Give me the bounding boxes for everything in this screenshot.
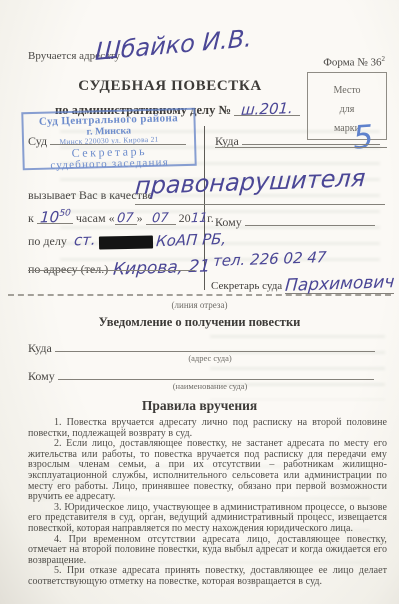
phone-handwritten: тел. 226 02 47	[213, 250, 327, 269]
cut-line-label: (линия отреза)	[0, 300, 399, 310]
time-minutes-sup: 50	[59, 208, 71, 218]
notice-kuda-line	[55, 338, 375, 352]
notice-kuda-label: Куда	[28, 341, 52, 355]
rules-title: Правила вручения	[0, 398, 399, 414]
court-value-line	[50, 131, 186, 145]
address-label: по адресу (тел.)	[28, 262, 108, 276]
role-value-line: правонарушителя	[135, 170, 385, 205]
delivered-to-handwritten-name: Шбайко И.В.	[95, 26, 253, 64]
notice-kuda-hint: (адрес суда)	[60, 353, 360, 363]
month-line: 07	[146, 211, 176, 225]
address-field: по адресу (тел.) Кирова, 21	[28, 260, 210, 277]
redaction-black-box	[99, 235, 153, 249]
komu-field: Кому	[215, 212, 375, 230]
form-number-sup: 2	[382, 55, 386, 63]
rule-paragraph: 4. При временном отсутствии адресата лиц…	[28, 535, 387, 567]
empty-line	[215, 147, 387, 148]
secretary-signature-handwritten: Пархимович	[284, 274, 395, 295]
kuda-value-line	[242, 131, 380, 145]
rule-paragraph: 5. При отказе адресата принять повестку,…	[28, 566, 387, 587]
form-number: Форма № 362	[323, 55, 385, 69]
stamp-place-line: для	[308, 100, 386, 119]
time-hours: 10	[39, 208, 59, 227]
time-prefix: к	[28, 211, 34, 225]
form-number-text: Форма № 36	[323, 57, 381, 69]
month-handwritten: 07	[152, 212, 169, 226]
rule-paragraph: 3. Юридическое лицо, участвующее в админ…	[28, 503, 387, 535]
day-line: 07	[115, 211, 137, 225]
notice-title: Уведомление о получении повестки	[0, 315, 399, 330]
time-handwritten: 1050	[39, 209, 71, 225]
case-code-handwritten: КоАП РБ,	[155, 232, 226, 249]
stamp-place-box: Место для марки	[307, 72, 387, 140]
komu-label: Кому	[215, 215, 242, 229]
empty-line	[28, 270, 195, 271]
cut-line	[8, 294, 391, 296]
notice-komu-line	[58, 366, 374, 380]
time-suffix: часам «	[76, 211, 115, 225]
rules-text: 1. Повестка вручается адресату лично под…	[28, 418, 387, 588]
time-date-field: к 1050 часам «07» 07 2011г.	[28, 210, 214, 226]
time-line: 1050	[37, 210, 73, 224]
day-handwritten: 07	[117, 212, 134, 226]
rule-paragraph: 2. Если лицо, доставляющее повестку, не …	[28, 439, 387, 503]
rule-paragraph: 1. Повестка вручается адресату лично под…	[28, 418, 387, 439]
notice-komu-hint: (наименование суда)	[60, 381, 360, 391]
case-number-handwritten: ш.201.	[241, 101, 294, 118]
secretary-field: Секретарь суда Пархимович	[211, 276, 394, 294]
role-handwritten-value: правонарушителя	[134, 166, 366, 198]
case-article-handwritten: ст.	[73, 233, 96, 249]
quote-close: »	[137, 211, 143, 225]
court-summons-document: Вручается адресату Шбайко И.В. Форма № 3…	[0, 0, 399, 604]
case-field: по делу ст. КоАП РБ,	[28, 233, 226, 249]
year-handwritten: 11	[190, 212, 207, 226]
stamp-place-line: Место	[308, 81, 386, 100]
secretary-label: Секретарь суда	[211, 280, 282, 292]
year-suffix: г.	[207, 211, 214, 225]
document-title: СУДЕБНАЯ ПОВЕСТКА	[30, 78, 310, 95]
court-field: Суд	[28, 131, 186, 149]
notice-komu-label: Кому	[28, 369, 55, 383]
kuda-label: Куда	[215, 134, 239, 148]
address-handwritten: Кирова, 21	[113, 258, 211, 278]
year-printed: 20	[179, 211, 191, 225]
komu-value-line	[245, 212, 375, 226]
case-label: по делу	[28, 234, 67, 248]
case-number-line: ш.201.	[234, 102, 300, 116]
court-label: Суд	[28, 134, 47, 148]
